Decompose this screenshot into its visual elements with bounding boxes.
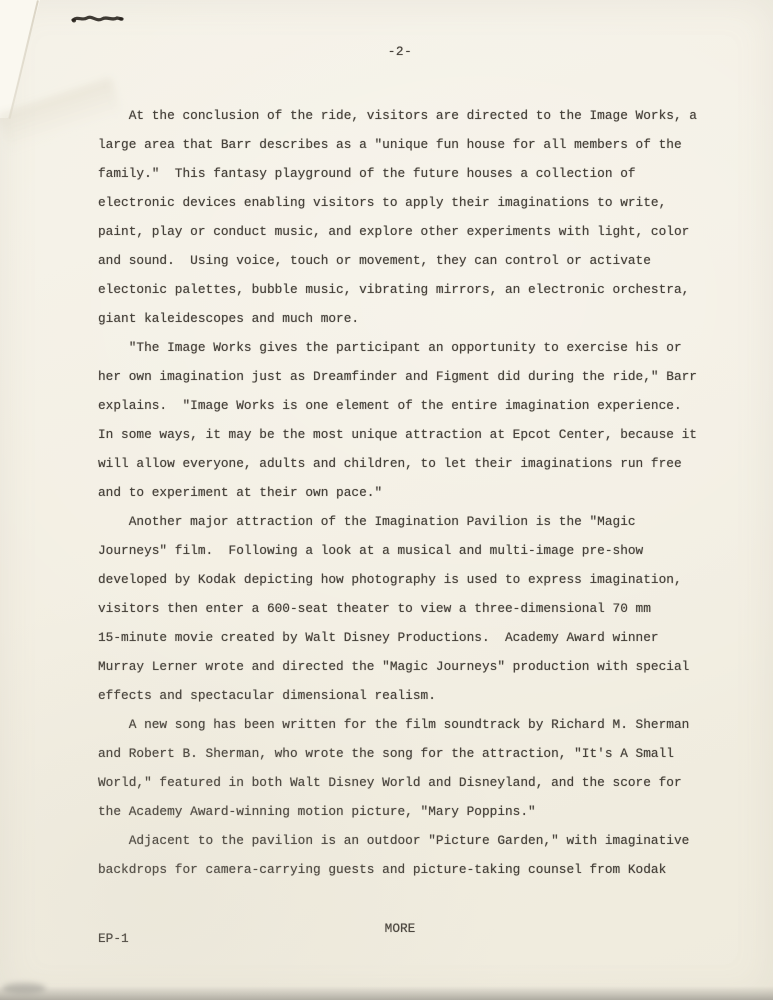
doc-code: EP-1 xyxy=(98,931,129,946)
document-line: developed by Kodak depicting how photogr… xyxy=(98,565,738,594)
document-line: and sound. Using voice, touch or movemen… xyxy=(98,246,738,275)
document-line: paint, play or conduct music, and explor… xyxy=(98,217,738,246)
document-line: electronic devices enabling visitors to … xyxy=(98,188,738,217)
document-line: will allow everyone, adults and children… xyxy=(98,449,738,478)
document-line: backdrops for camera-carrying guests and… xyxy=(98,855,738,884)
document-line: her own imagination just as Dreamfinder … xyxy=(98,362,738,391)
document-line: Another major attraction of the Imaginat… xyxy=(98,507,738,536)
document-line: "The Image Works gives the participant a… xyxy=(98,333,738,362)
document-line: At the conclusion of the ride, visitors … xyxy=(98,101,738,130)
scan-bottom-edge xyxy=(0,986,773,1000)
more-indicator: MORE xyxy=(98,921,702,936)
document-line: giant kaleidescopes and much more. xyxy=(98,304,738,333)
document-line: and to experiment at their own pace." xyxy=(98,478,738,507)
document-line: electonic palettes, bubble music, vibrat… xyxy=(98,275,738,304)
page-number: -2- xyxy=(98,44,702,59)
document-line: 15-minute movie created by Walt Disney P… xyxy=(98,623,738,652)
document-line: effects and spectacular dimensional real… xyxy=(98,681,738,710)
document-line: World," featured in both Walt Disney Wor… xyxy=(98,768,738,797)
document-line: Adjacent to the pavilion is an outdoor "… xyxy=(98,826,738,855)
document-line: and Robert B. Sherman, who wrote the son… xyxy=(98,739,738,768)
document-line: visitors then enter a 600-seat theater t… xyxy=(98,594,738,623)
document-line: explains. "Image Works is one element of… xyxy=(98,391,738,420)
document-line: Murray Lerner wrote and directed the "Ma… xyxy=(98,652,738,681)
scanned-page: -2- At the conclusion of the ride, visit… xyxy=(0,0,773,1000)
document-line: A new song has been written for the film… xyxy=(98,710,738,739)
document-line: Journeys" film. Following a look at a mu… xyxy=(98,536,738,565)
document-body: At the conclusion of the ride, visitors … xyxy=(98,101,738,884)
document-line: large area that Barr describes as a "uni… xyxy=(98,130,738,159)
pen-mark-icon xyxy=(70,11,126,27)
document-line: family." This fantasy playground of the … xyxy=(98,159,738,188)
document-line: In some ways, it may be the most unique … xyxy=(98,420,738,449)
document-line: the Academy Award-winning motion picture… xyxy=(98,797,738,826)
